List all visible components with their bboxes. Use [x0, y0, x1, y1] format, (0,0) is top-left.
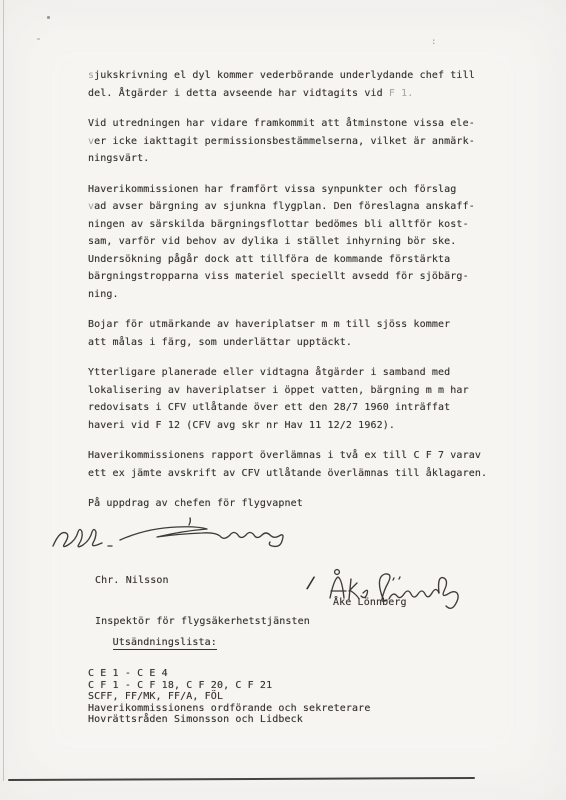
distribution-heading: Utsändningslista:	[113, 637, 217, 650]
text-line: ver icke iakttagit permissionsbestämmels…	[88, 133, 508, 151]
distribution-item: SCFF, FF/MK, FF/A, FÖL	[88, 691, 370, 703]
text-line: Haverikommissionen har framfört vissa sy…	[88, 181, 508, 199]
text-line: lokalisering av haveriplatser i öppet va…	[88, 382, 508, 400]
text-line: Ytterligare planerade eller vidtagna åtg…	[88, 364, 508, 382]
paragraph: På uppdrag av chefen för flygvapnet	[88, 495, 508, 513]
text-line: Vid utredningen har vidare framkommit at…	[88, 115, 508, 133]
text-line: ningen av särskilda bärgningsflottar bed…	[88, 216, 508, 234]
paragraph: Bojar för utmärkande av haveriplatser m …	[88, 316, 508, 351]
text-line: ett ex jämte avskrift av CFV utlåtande ö…	[88, 465, 508, 483]
distribution-items: C E 1 - C E 4C F 1 - C F 18, C F 20, C F…	[88, 668, 370, 726]
scan-speck	[47, 16, 50, 19]
distribution-item: Hovrättsråden Simonsson och Lidbeck	[88, 714, 370, 726]
text-line: del. Åtgärder i detta avseende har vidta…	[88, 85, 508, 103]
text-line: haveri vid F 12 (CFV avg skr nr Hav 11 1…	[88, 417, 508, 435]
text-line: Bojar för utmärkande av haveriplatser m …	[88, 316, 508, 334]
scanned-document-page: : sjukskrivning el dyl kommer vederböran…	[0, 0, 566, 800]
distribution-item: C F 1 - C F 18, C F 20, C F 21	[88, 680, 370, 692]
scan-bottom-edge	[8, 777, 475, 781]
text-line: att målas i färg, som underlättar upptäc…	[88, 334, 508, 352]
text-line: bärgningstropparna viss materiel speciel…	[88, 268, 508, 286]
body-paragraphs: sjukskrivning el dyl kommer vederbörande…	[88, 67, 508, 526]
paragraph: Vid utredningen har vidare framkommit at…	[88, 115, 508, 168]
text-line: På uppdrag av chefen för flygvapnet	[88, 495, 508, 513]
faint-page-mark: :	[431, 37, 437, 47]
paragraph: Haverikommissionens rapport överlämnas i…	[88, 447, 508, 482]
text-line: sam, varför vid behov av dylika i ställe…	[88, 233, 508, 251]
distribution-list: Utsändningslista: C E 1 - C E 4C F 1 - C…	[88, 626, 370, 748]
scan-speck	[37, 38, 40, 40]
text-line: Haverikommissionens rapport överlämnas i…	[88, 447, 508, 465]
text-line: ningsvärt.	[88, 150, 508, 168]
text-line: ning.	[88, 286, 508, 304]
text-line: Undersökning pågår dock att tillföra de …	[88, 251, 508, 269]
text-line: sjukskrivning el dyl kommer vederbörande…	[88, 67, 508, 85]
scan-left-edge	[3, 0, 4, 781]
signer2-name: Åke Lönnberg	[333, 597, 407, 608]
paragraph: sjukskrivning el dyl kommer vederbörande…	[88, 67, 508, 102]
paragraph: Haverikommissionen har framfört vissa sy…	[88, 181, 508, 304]
signer1-name: Chr. Nilsson	[95, 574, 310, 588]
text-line: redovisats i CFV utlåtande över ett den …	[88, 399, 508, 417]
paragraph: Ytterligare planerade eller vidtagna åtg…	[88, 364, 508, 434]
distribution-item: C E 1 - C E 4	[88, 668, 370, 680]
text-line: vad avser bärgning av sjunkna flygplan. …	[88, 198, 508, 216]
distribution-item: Haverikommissionens ordförande och sekre…	[88, 703, 370, 715]
